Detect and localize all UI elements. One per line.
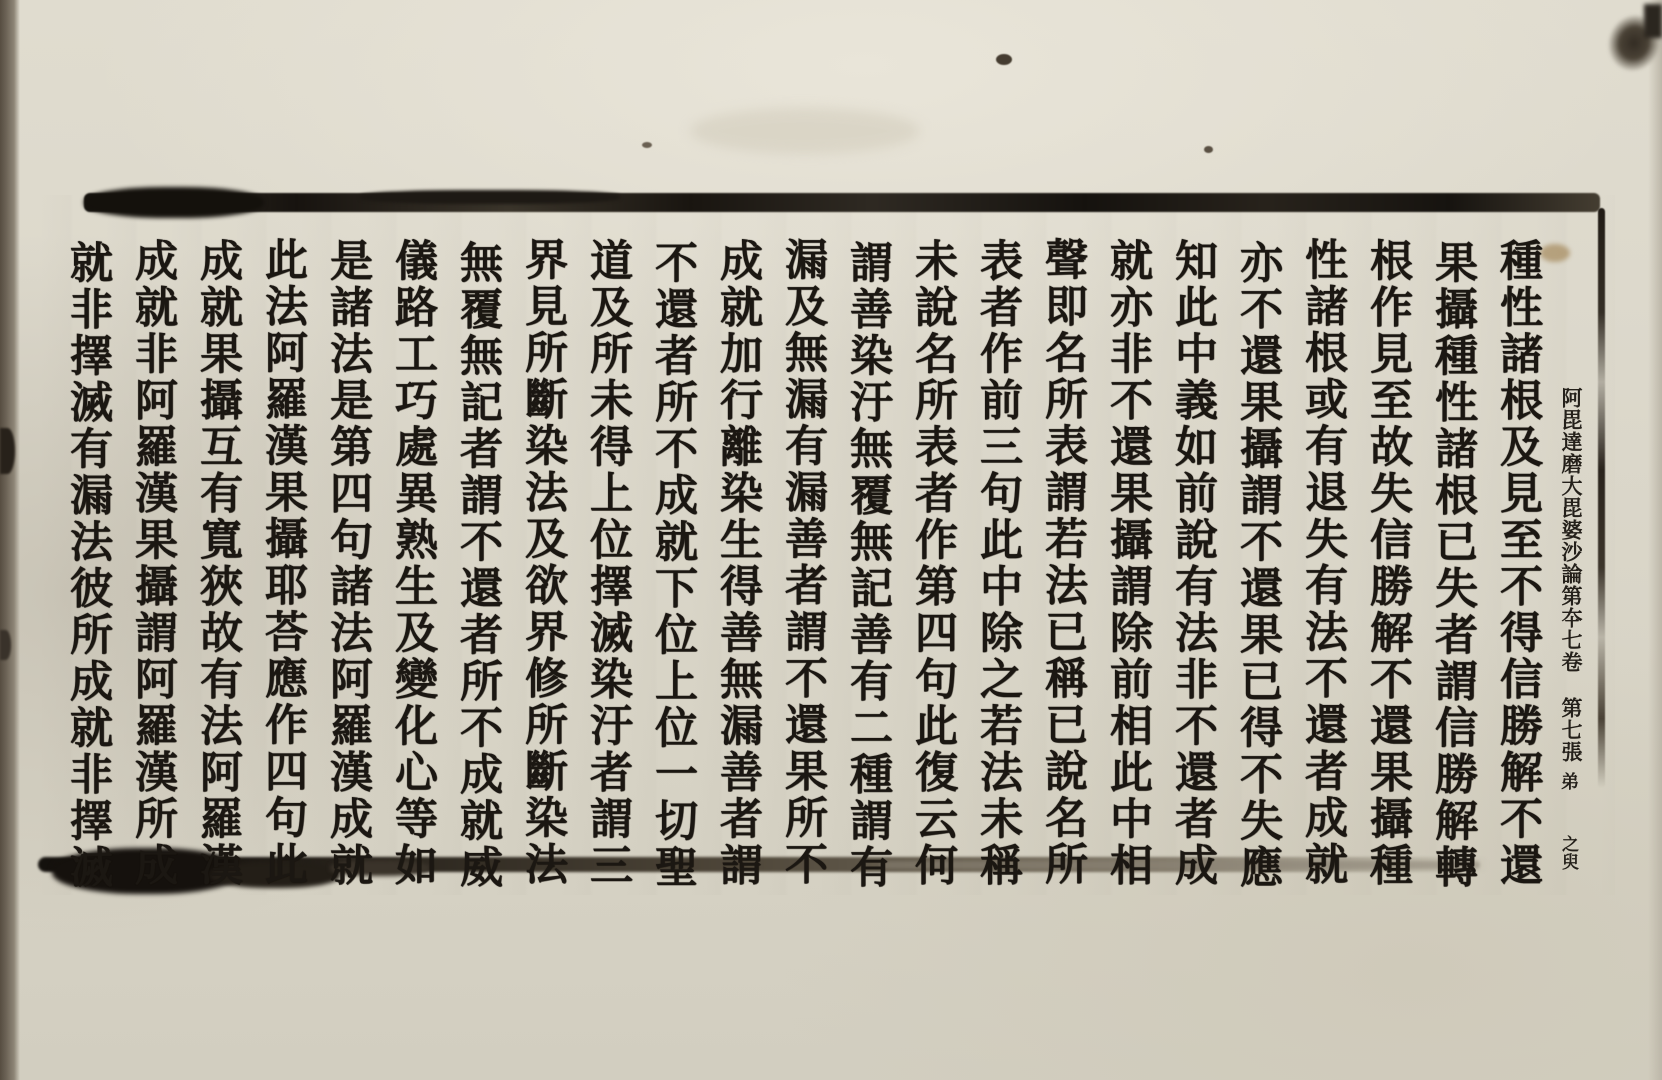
text-column: 就非擇滅有漏法彼所成就非擇滅 (55, 229, 120, 901)
sheet-number: 第七張 (1560, 697, 1581, 763)
text-column: 界見所斷染法及欲界修所斷染法 (510, 226, 575, 898)
ink-speck (996, 54, 1012, 65)
text-column: 無覆無記者謂不還者所不成就威 (445, 229, 510, 901)
sutra-text-block: 阿毘達磨大毘婆沙論第夲七卷 第七張 弟 之臾 種性諸根及見至不得信勝解不還 果攝… (55, 227, 1604, 899)
text-column: 不還者所不成就下位上位一切聖 (640, 229, 705, 901)
scripture-title: 阿毘達磨大毘婆沙論第夲七卷 (1560, 387, 1581, 673)
text-column: 就亦非不還果攝謂除前相此中相 (1095, 227, 1160, 899)
collation-mark: 弟 (1560, 772, 1578, 791)
text-column: 知此中義如前說有法非不還者成 (1160, 227, 1225, 899)
text-column: 此法阿羅漢果攝耶荅應作四句此 (250, 226, 315, 898)
page-right-edge (1648, 0, 1662, 1080)
top-border-ink-blob (84, 187, 264, 218)
corner-ink-blot (1644, 4, 1662, 38)
text-column: 果攝種性諸根已失者謂信勝解轉 (1420, 229, 1485, 901)
text-column: 是諸法是第四句諸法阿羅漢成就 (315, 227, 380, 899)
page-binding-edge (0, 0, 20, 1080)
ink-speck (1204, 146, 1213, 153)
text-column: 成就果攝互有寬狹故有法阿羅漢 (185, 227, 250, 899)
title-column: 阿毘達磨大毘婆沙論第夲七卷 第七張 弟 之臾 (1550, 227, 1604, 899)
text-column: 道及所未得上位擇滅染汙者謂三 (575, 227, 640, 899)
text-column: 謂善染汙無覆無記善有二種謂有 (835, 229, 900, 901)
collation-mark: 之臾 (1560, 835, 1577, 871)
text-column: 未說名所表者作第四句此復云何 (900, 227, 965, 899)
top-border-ink-blob (360, 190, 620, 204)
text-column: 性諸根或有退失有法不還者成就 (1290, 226, 1355, 898)
text-column: 成就加行離染生得善無漏善者謂 (705, 227, 770, 899)
text-column: 儀路工巧處異熟生及變化心等如 (380, 227, 445, 899)
edge-ink-nick (0, 630, 11, 660)
edge-ink-nick (0, 428, 15, 474)
text-column: 表者作前三句此中除之若法未稱 (965, 227, 1030, 899)
text-column: 亦不還果攝謂不還果已得不失應 (1225, 229, 1290, 901)
text-column: 漏及無漏有漏善者謂不還果所不 (770, 226, 835, 898)
ink-speck (642, 142, 652, 148)
paper-stain (690, 108, 920, 154)
text-column: 根作見至故失信勝解不還果攝種 (1355, 227, 1420, 899)
text-column: 種性諸根及見至不得信勝解不還 (1485, 227, 1550, 899)
text-column: 成就非阿羅漢果攝謂阿羅漢所成 (120, 227, 185, 899)
scanned-sutra-page: { "colors": { "paper": "#dcd8cb", "ink":… (0, 0, 1662, 1080)
text-column: 聲即名所表謂若法已稱已說名所 (1030, 226, 1095, 898)
block-top-border (84, 193, 1600, 212)
